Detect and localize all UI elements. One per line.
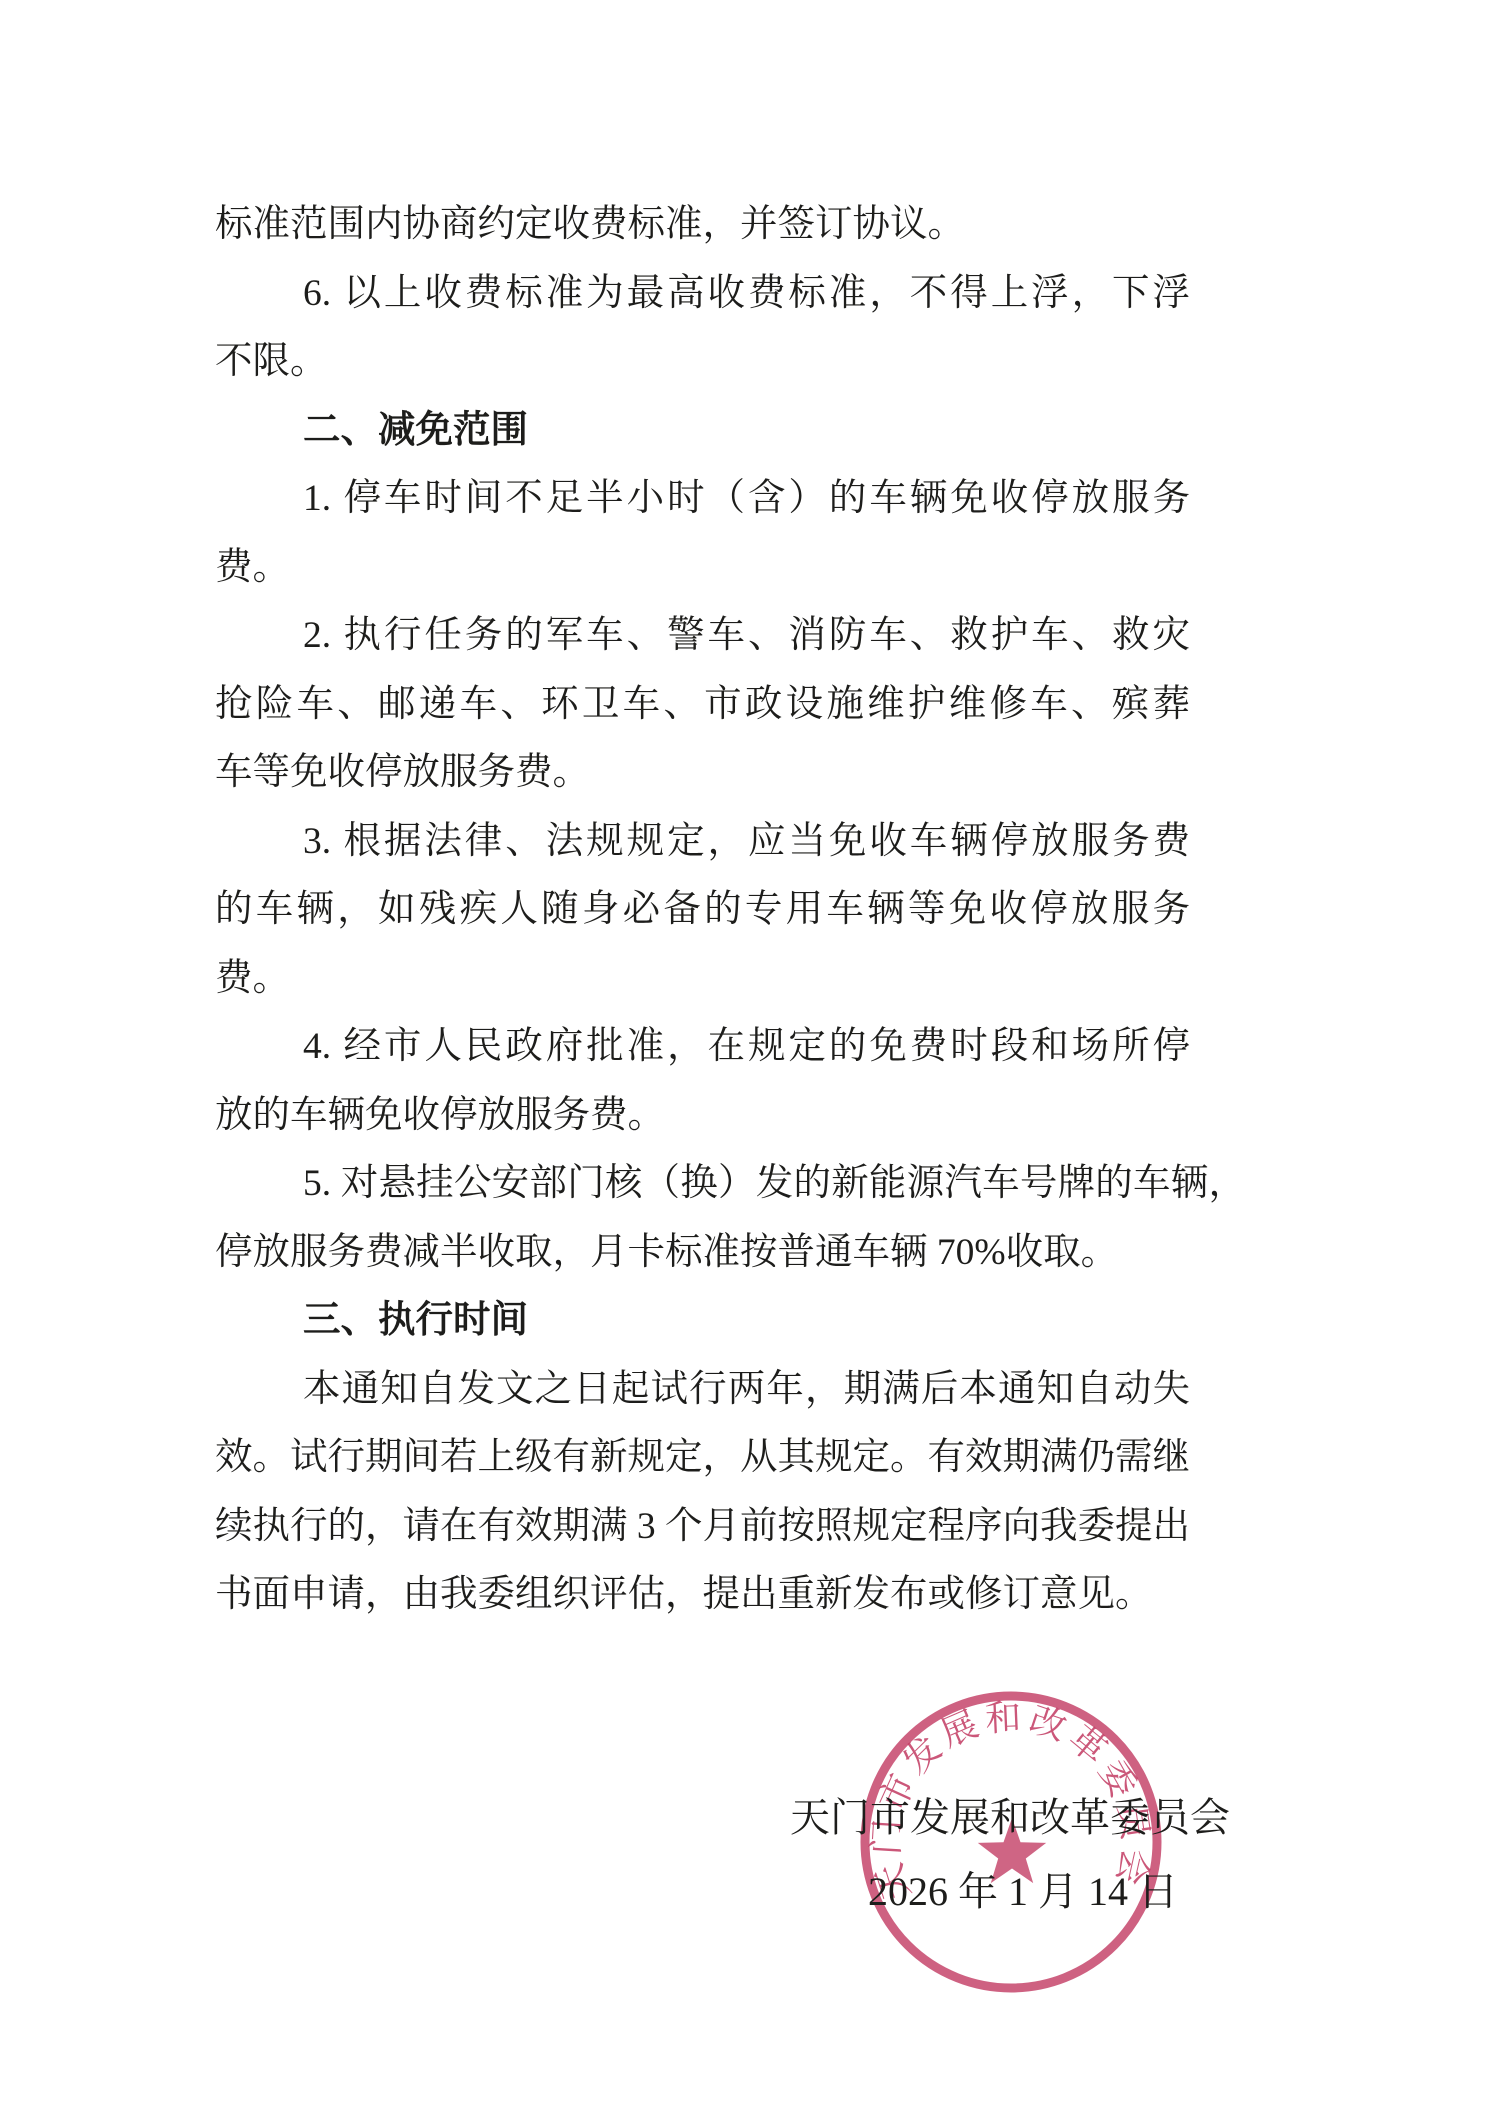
issue-date: 2026 年 1 月 14 日: [868, 1860, 1178, 1917]
document-line: 费。: [215, 534, 1190, 603]
document-line: 4. 经市人民政府批准，在规定的免费时段和场所停: [215, 1013, 1190, 1082]
document-line: 不限。: [215, 328, 1190, 397]
document-line: 二、减免范围: [215, 397, 1190, 466]
document-line: 抢险车、邮递车、环卫车、市政设施维护维修车、殡葬: [215, 671, 1190, 740]
issuer-signature: 天门市发展和改革委员会: [790, 1786, 1230, 1843]
document-line: 1. 停车时间不足半小时（含）的车辆免收停放服务: [215, 465, 1190, 534]
document-line: 标准范围内协商约定收费标准，并签订协议。: [215, 191, 1190, 260]
document-body: 标准范围内协商约定收费标准，并签订协议。6. 以上收费标准为最高收费标准，不得上…: [215, 191, 1190, 1630]
document-line: 放的车辆免收停放服务费。: [215, 1082, 1190, 1151]
document-line: 6. 以上收费标准为最高收费标准，不得上浮，下浮: [215, 260, 1190, 329]
document-line: 本通知自发文之日起试行两年，期满后本通知自动失: [215, 1356, 1190, 1425]
document-line: 2. 执行任务的军车、警车、消防车、救护车、救灾: [215, 602, 1190, 671]
document-line: 车等免收停放服务费。: [215, 739, 1190, 808]
document-line: 三、执行时间: [215, 1287, 1190, 1356]
document-line: 停放服务费减半收取，月卡标准按普通车辆 70%收取。: [215, 1219, 1190, 1288]
document-line: 续执行的，请在有效期满 3 个月前按照规定程序向我委提出: [215, 1493, 1190, 1562]
document-line: 书面申请，由我委组织评估，提出重新发布或修订意见。: [215, 1561, 1190, 1630]
document-line: 效。试行期间若上级有新规定，从其规定。有效期满仍需继: [215, 1424, 1190, 1493]
document-page: 天门市发展和改革委员会 标准范围内协商约定收费标准，并签订协议。6. 以上收费标…: [0, 0, 1488, 2104]
document-line: 的车辆，如残疾人随身必备的专用车辆等免收停放服务: [215, 876, 1190, 945]
document-line: 费。: [215, 945, 1190, 1014]
document-line: 5. 对悬挂公安部门核（换）发的新能源汽车号牌的车辆，: [215, 1150, 1246, 1219]
document-line: 3. 根据法律、法规规定，应当免收车辆停放服务费: [215, 808, 1190, 877]
